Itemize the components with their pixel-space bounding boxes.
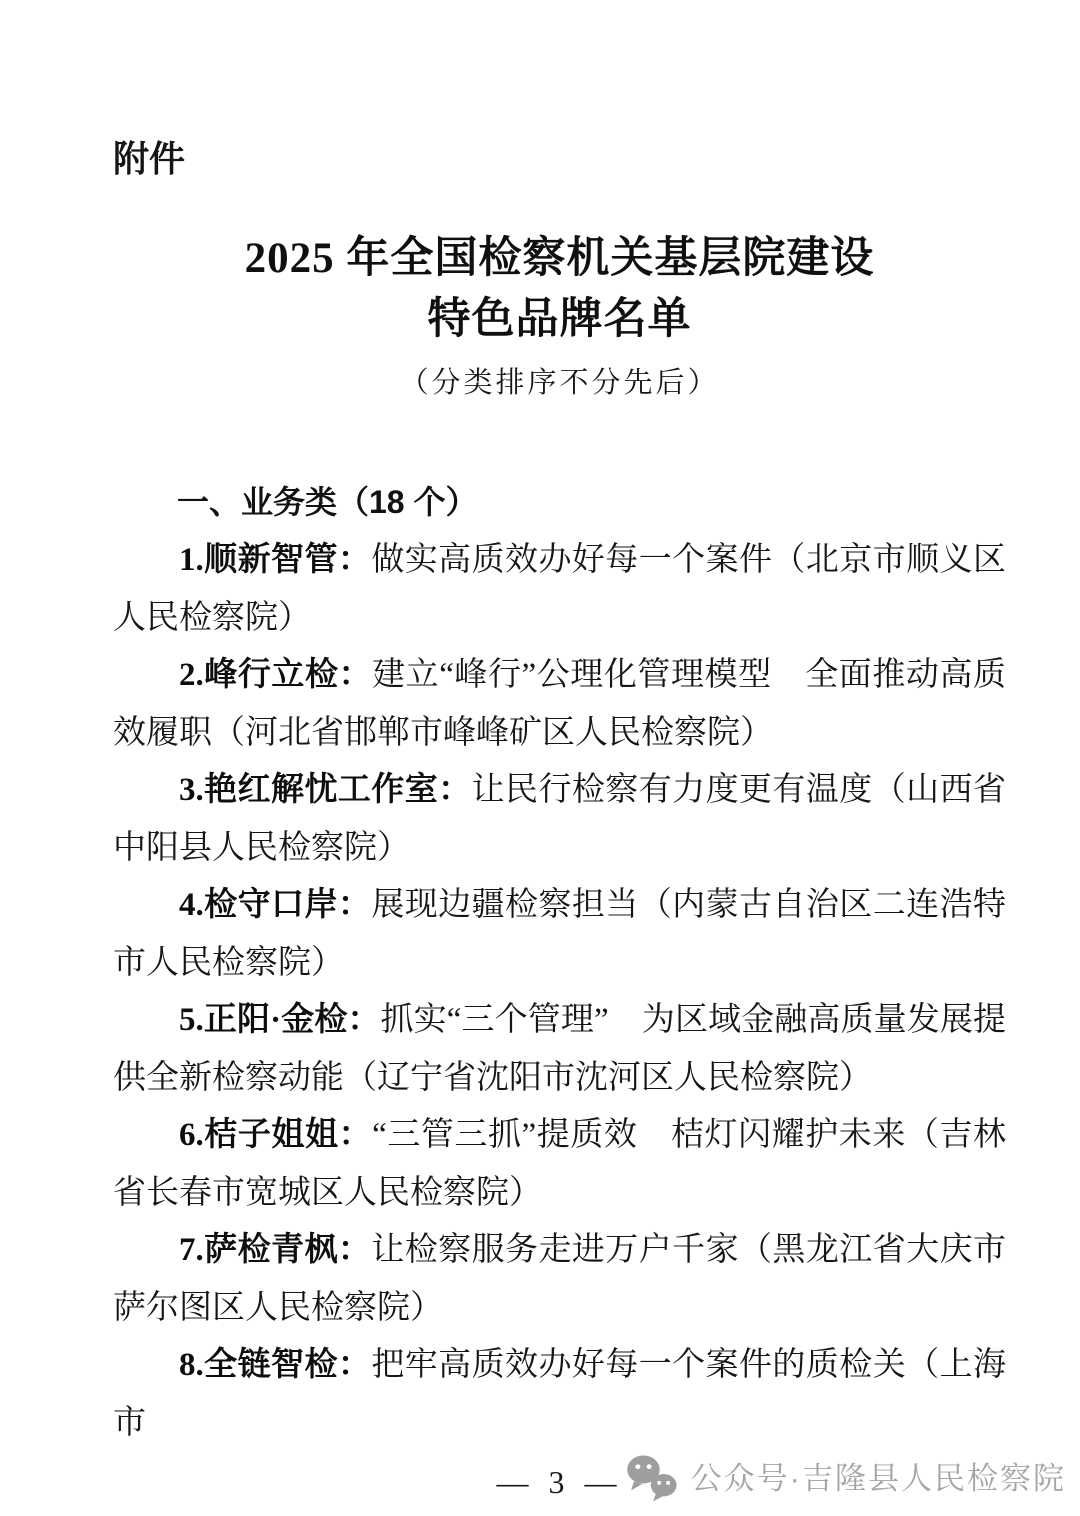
brand-name: 7.萨检青枫： <box>179 1232 371 1268</box>
list-item: 1.顺新智管：做实高质效办好每一个案件（北京市顺义区人民检察院） <box>113 532 1006 647</box>
list-item: 6.桔子姐姐：“三管三抓”提质效 桔灯闪耀护未来（吉林省长春市宽城区人民检察院） <box>113 1107 1006 1222</box>
brand-name: 2.峰行立检： <box>179 657 372 693</box>
document-title-line2: 特色品牌名单 <box>428 296 692 343</box>
brand-name: 6.桔子姐姐： <box>179 1117 372 1153</box>
brand-name: 8.全链智检： <box>179 1347 371 1383</box>
brand-name: 5.正阳·金检： <box>179 1002 381 1038</box>
wechat-icon <box>625 1454 681 1504</box>
list-item: 8.全链智检：把牢高质效办好每一个案件的质检关（上海市 <box>113 1337 1006 1452</box>
document-page: 附件 2025 年全国检察机关基层院建设 特色品牌名单 （分类排序不分先后） 一… <box>0 0 1080 1516</box>
document-content: 附件 2025 年全国检察机关基层院建设 特色品牌名单 （分类排序不分先后） 一… <box>0 0 1080 1504</box>
brand-name: 1.顺新智管： <box>179 542 371 578</box>
attachment-label: 附件 <box>113 138 1006 180</box>
list-item: 2.峰行立检：建立“峰行”公理化管理模型 全面推动高质效履职（河北省邯郸市峰峰矿… <box>113 647 1006 762</box>
document-title-line1: 2025 年全国检察机关基层院建设 <box>245 235 875 282</box>
brand-name: 3.艳红解忧工作室： <box>179 772 472 808</box>
list-item: 4.检守口岸：展现边疆检察担当（内蒙古自治区二连浩特市人民检察院） <box>113 877 1006 992</box>
brand-list: 1.顺新智管：做实高质效办好每一个案件（北京市顺义区人民检察院） 2.峰行立检：… <box>113 532 1006 1452</box>
list-item: 3.艳红解忧工作室：让民行检察有力度更有温度（山西省中阳县人民检察院） <box>113 762 1006 877</box>
document-title: 2025 年全国检察机关基层院建设 特色品牌名单 <box>113 228 1006 350</box>
list-item: 5.正阳·金检：抓实“三个管理” 为区域金融高质量发展提供全新检察动能（辽宁省沈… <box>113 992 1006 1107</box>
section-heading: 一、业务类（18 个） <box>113 474 1006 531</box>
watermark-label: 公众号·吉隆县人民检察院 <box>691 1454 1066 1504</box>
brand-name: 4.检守口岸： <box>179 887 371 923</box>
wechat-watermark: 公众号·吉隆县人民检察院 <box>625 1454 1066 1504</box>
list-item: 7.萨检青枫：让检察服务走进万户千家（黑龙江省大庆市萨尔图区人民检察院） <box>113 1222 1006 1337</box>
document-subtitle: （分类排序不分先后） <box>113 362 1006 404</box>
